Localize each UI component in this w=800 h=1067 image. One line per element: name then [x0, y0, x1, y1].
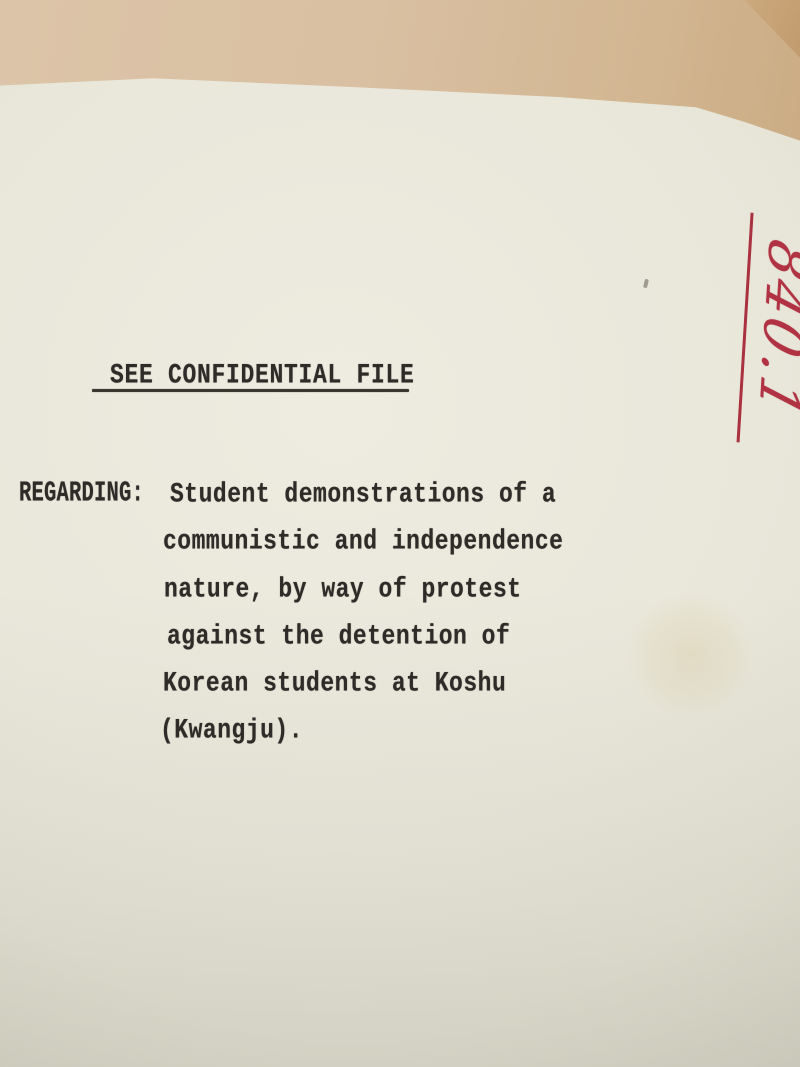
- document-heading: SEE CONFIDENTIAL FILE: [110, 362, 415, 390]
- heading-underline: [92, 389, 409, 392]
- typed-line: Korean students at Koshu: [163, 670, 506, 698]
- typed-line: against the detention of: [167, 623, 510, 651]
- typed-line: (Kwangju).: [160, 717, 303, 745]
- document-photo: SEE CONFIDENTIAL FILE REGARDING: Student…: [0, 0, 800, 1067]
- paper-stain: [625, 595, 755, 715]
- regarding-label: REGARDING:: [19, 481, 144, 509]
- typed-line: Student demonstrations of a: [170, 481, 556, 509]
- typed-line: nature, by way of protest: [164, 576, 522, 604]
- annotation-file-number: 840.1: [750, 234, 800, 426]
- typed-line: communistic and independence: [163, 528, 563, 556]
